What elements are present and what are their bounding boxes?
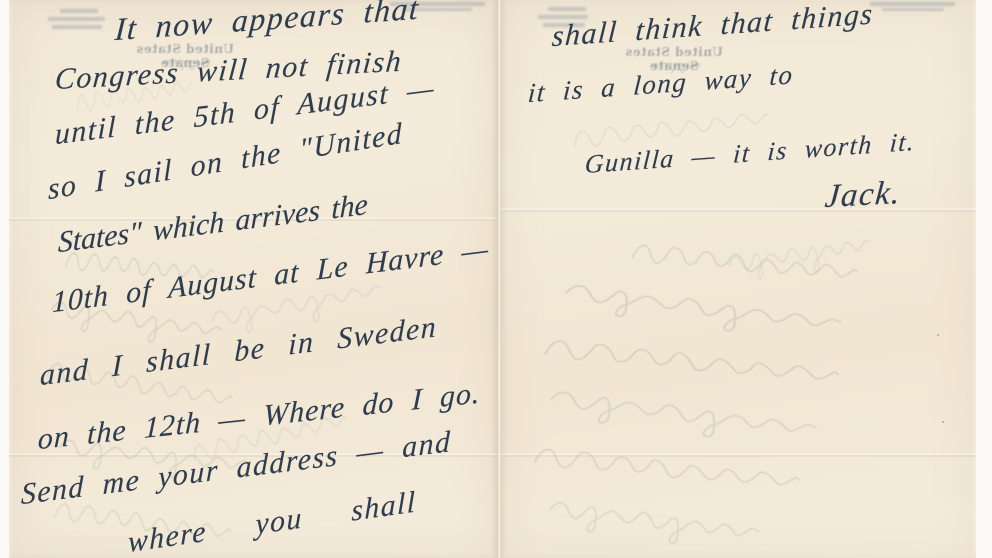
letterhead-committee-block-mirrored	[52, 25, 102, 29]
signature: Jack.	[824, 178, 903, 212]
letterhead-committee-block-mirrored	[548, 7, 586, 11]
letter-page-right: United States Senate WASHINGTON, D. C. s…	[501, 0, 976, 558]
letterhead-committee-block-mirrored	[48, 17, 105, 21]
handwriting-line: It now appears that	[114, 0, 421, 44]
fold-crease	[501, 208, 976, 212]
letterhead-name-mirrored	[882, 8, 944, 11]
page-gap	[497, 0, 501, 558]
letter-photo: United States Senate WASHINGTON, D. C. I…	[0, 0, 992, 558]
bleedthrough-handwriting	[544, 492, 767, 558]
letterhead-committee-block-mirrored	[60, 9, 98, 13]
handwriting-line: States" which arrives the	[58, 190, 368, 258]
paper-speck	[942, 421, 944, 423]
handwriting-line: where you shall	[128, 487, 417, 558]
paper-speck	[937, 334, 939, 336]
letter-page-left: United States Senate WASHINGTON, D. C. I…	[9, 0, 497, 558]
letterhead-name-mirrored	[870, 2, 955, 6]
